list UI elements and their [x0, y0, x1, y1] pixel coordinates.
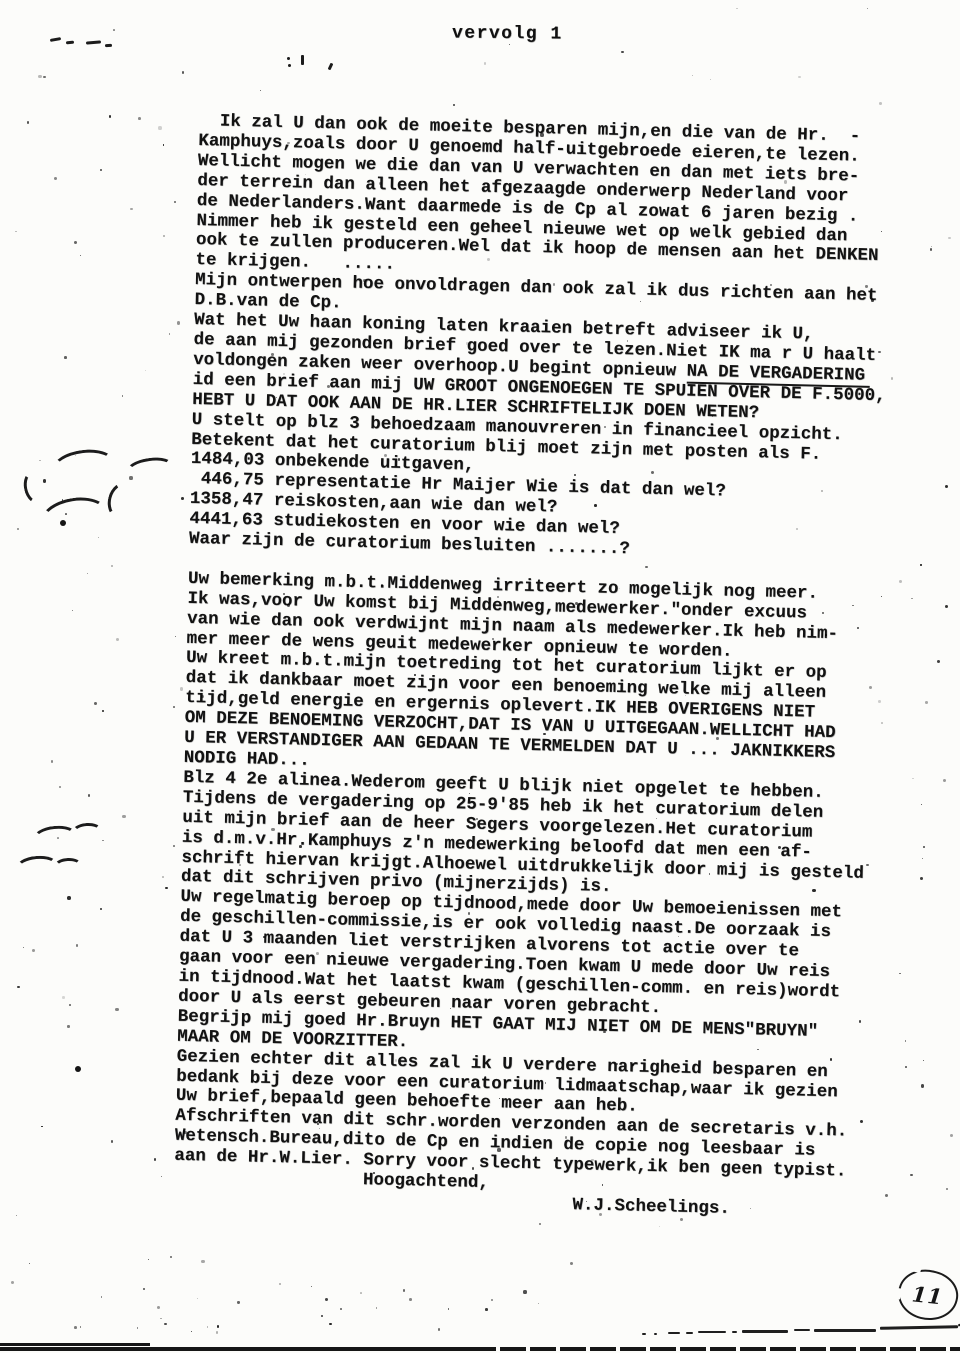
- margin-pen-mark: [50, 446, 118, 488]
- pen-mark: [50, 37, 61, 42]
- letter-body: Ik zal U dan ook de moeite besparen mijn…: [173, 112, 923, 1224]
- scan-edge-line: [742, 1330, 788, 1333]
- document-page: vervolg 1 Ik zal U dan ook de moeite bes…: [0, 0, 960, 1353]
- margin-pen-mark: [54, 857, 83, 874]
- scan-edge-line: [668, 1332, 680, 1334]
- margin-pen-mark: [15, 854, 59, 879]
- margin-pen-mark: [60, 520, 66, 526]
- pen-mark: [66, 41, 74, 45]
- pen-mark: [105, 44, 112, 47]
- scan-edge-line: [470, 1347, 960, 1351]
- pen-mark: [328, 63, 334, 71]
- margin-pen-mark: [75, 1066, 81, 1072]
- pen-mark: [288, 64, 291, 67]
- margin-pen-mark: [37, 493, 113, 545]
- page-header: vervolg 1: [452, 24, 563, 45]
- scan-edge-line: [794, 1329, 810, 1331]
- scan-edge-line: [642, 1333, 646, 1335]
- pen-mark: [287, 57, 290, 60]
- scan-edge-line: [0, 1343, 150, 1346]
- margin-pen-mark: [71, 822, 102, 841]
- scan-edge-line: [654, 1333, 657, 1335]
- pen-mark: [301, 55, 304, 65]
- margin-pen-mark: [32, 824, 78, 850]
- scan-edge-line: [732, 1331, 737, 1333]
- scan-edge-line: [880, 1325, 958, 1330]
- margin-pen-mark: [125, 455, 176, 483]
- pen-mark: [86, 40, 101, 44]
- scan-edge-line: [686, 1332, 693, 1334]
- page-number-annotation: 11: [911, 1281, 945, 1309]
- scan-edge-line: [698, 1331, 726, 1333]
- margin-pen-mark: [21, 468, 52, 506]
- scan-edge-line: [814, 1329, 876, 1332]
